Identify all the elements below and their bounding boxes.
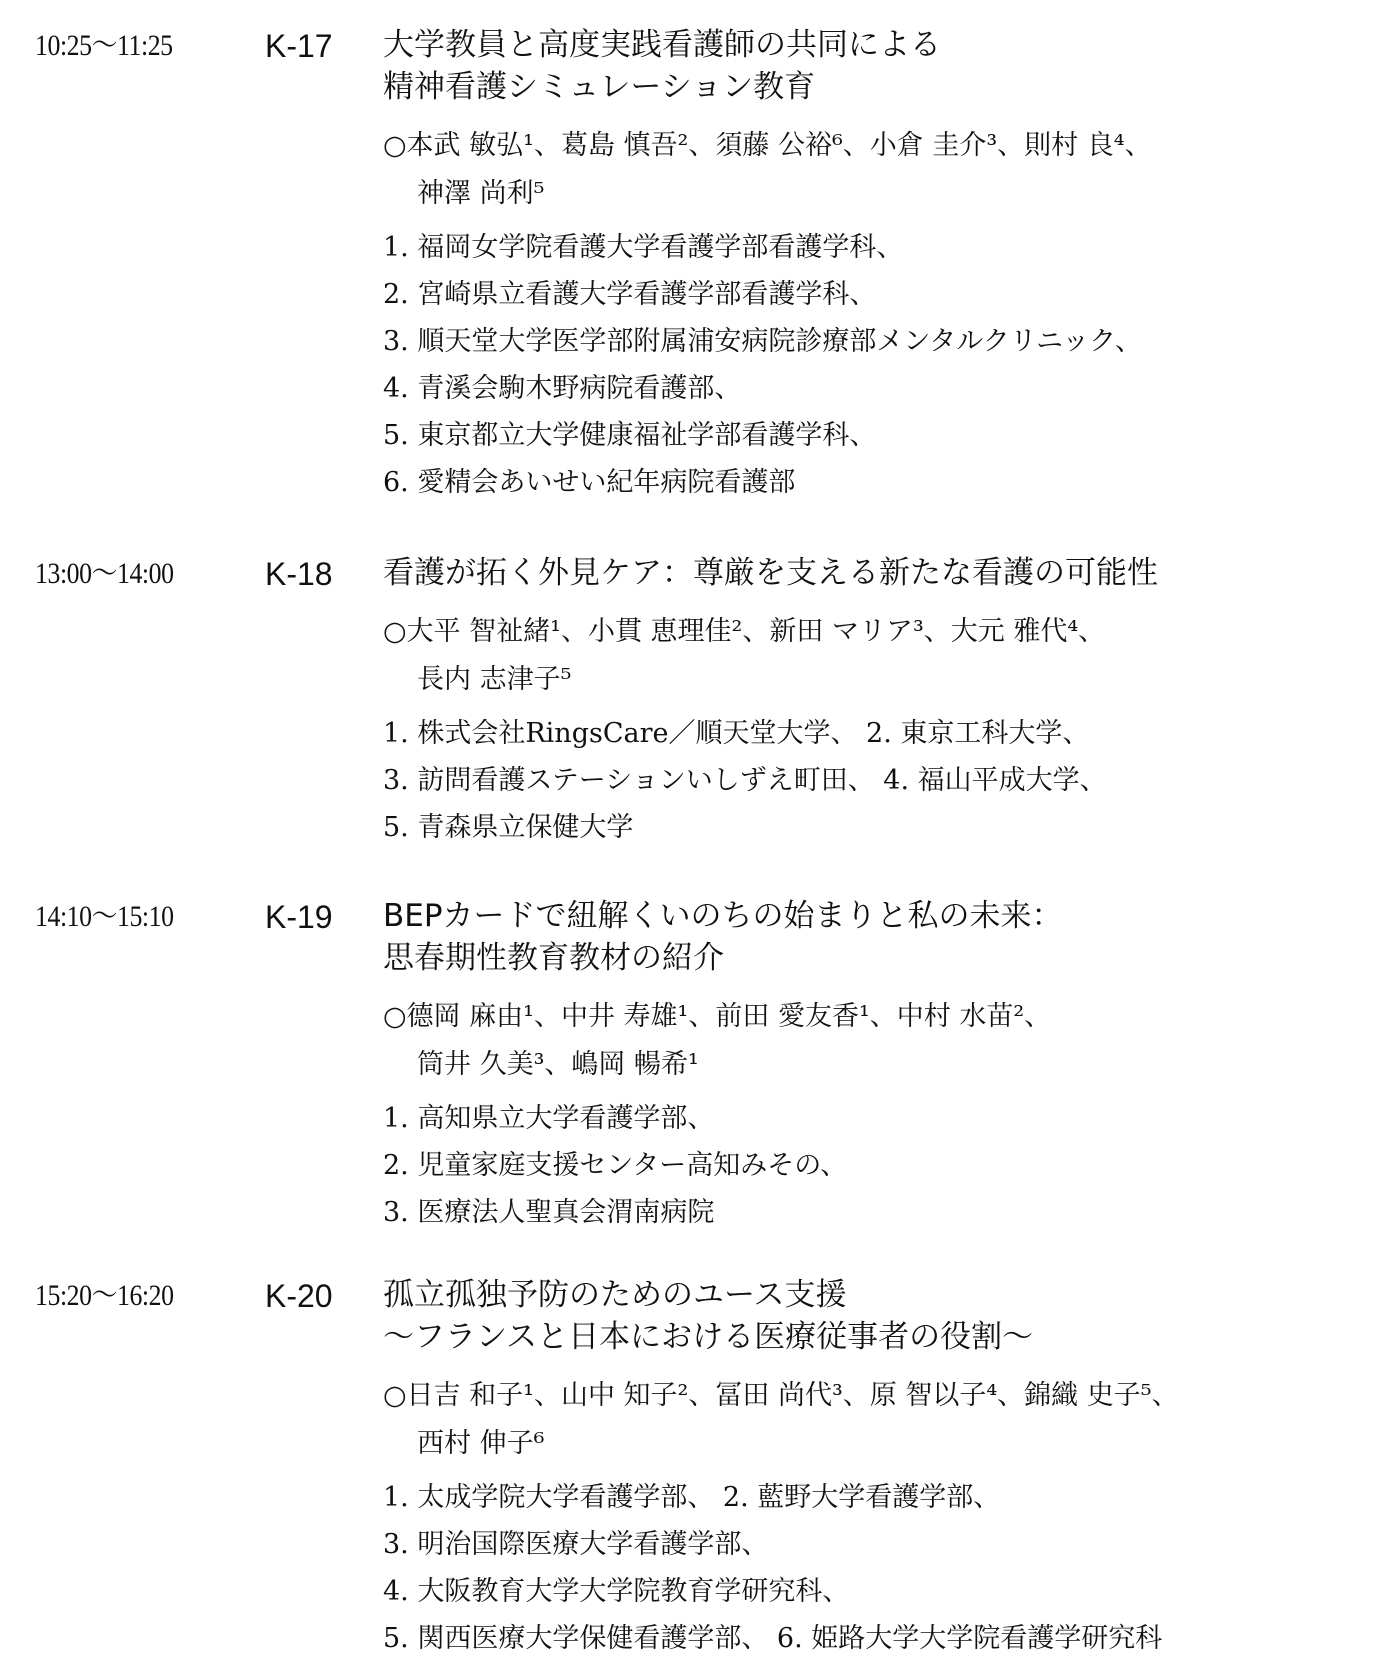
affiliation-item: 1. 福岡女学院看護大学看護学部看護学科、 <box>383 224 1393 271</box>
session-title: 大学教員と高度実践看護師の共同による 精神看護シミュレーション教育 <box>383 24 1393 108</box>
affiliation-item: 2. 児童家庭支援センター高知みその、 <box>383 1142 1393 1189</box>
authors-line: 長内 志津子⁵ <box>383 656 1393 704</box>
title-line: 思春期性教育教材の紹介 <box>383 937 1393 979</box>
session-id: K-18 <box>265 552 333 596</box>
authors-line: ○德岡 麻由¹、中井 寿雄¹、前田 愛友香¹、中村 水苗²、 <box>383 993 1393 1041</box>
affiliation-item: 3. 明治国際医療大学看護学部、 <box>383 1521 1393 1568</box>
session-time: 13:00〜14:00 <box>35 552 174 596</box>
affiliation-item: 6. 愛精会あいせい紀年病院看護部 <box>383 459 1393 506</box>
title-line: 孤立孤独予防のためのユース支援 <box>383 1274 1393 1316</box>
authors-line: ○本武 敏弘¹、葛島 慎吾²、須藤 公裕⁶、小倉 圭介³、則村 良⁴、 <box>383 122 1393 170</box>
affiliation-item: 1. 株式会社RingsCare／順天堂大学、 2. 東京工科大学、 <box>383 710 1393 757</box>
session-time: 15:20〜16:20 <box>35 1274 174 1318</box>
authors: ○德岡 麻由¹、中井 寿雄¹、前田 愛友香¹、中村 水苗²、 筒井 久美³、嶋岡… <box>383 993 1393 1089</box>
affiliation-item: 4. 大阪教育大学大学院教育学研究科、 <box>383 1568 1393 1615</box>
session-title: BEPカードで紐解くいのちの始まりと私の未来： 思春期性教育教材の紹介 <box>383 895 1393 979</box>
session-id: K-19 <box>265 895 333 939</box>
session-title: 孤立孤独予防のためのユース支援 〜フランスと日本における医療従事者の役割〜 <box>383 1274 1393 1358</box>
session-time: 10:25〜11:25 <box>35 24 173 68</box>
session-content: 大学教員と高度実践看護師の共同による 精神看護シミュレーション教育 ○本武 敏弘… <box>383 24 1393 506</box>
affiliation-item: 5. 東京都立大学健康福祉学部看護学科、 <box>383 412 1393 459</box>
title-line: 精神看護シミュレーション教育 <box>383 66 1393 108</box>
affiliations: 1. 株式会社RingsCare／順天堂大学、 2. 東京工科大学、 3. 訪問… <box>383 710 1393 851</box>
affiliation-item: 2. 宮崎県立看護大学看護学部看護学科、 <box>383 271 1393 318</box>
affiliation-item: 5. 青森県立保健大学 <box>383 804 1393 851</box>
affiliation-item: 5. 関西医療大学保健看護学部、 6. 姫路大学大学院看護学研究科 <box>383 1615 1393 1662</box>
authors: ○日吉 和子¹、山中 知子²、冨田 尚代³、原 智以子⁴、錦織 史子⁵、 西村 … <box>383 1372 1393 1468</box>
session-title: 看護が拓く外見ケア：尊厳を支える新たな看護の可能性 <box>383 552 1393 594</box>
affiliations: 1. 太成学院大学看護学部、 2. 藍野大学看護学部、 3. 明治国際医療大学看… <box>383 1474 1393 1662</box>
session-id: K-20 <box>265 1274 333 1318</box>
authors-line: ○日吉 和子¹、山中 知子²、冨田 尚代³、原 智以子⁴、錦織 史子⁵、 <box>383 1372 1393 1420</box>
authors-line: ○大平 智祉緒¹、小貫 恵理佳²、新田 マリア³、大元 雅代⁴、 <box>383 608 1393 656</box>
authors-line: 筒井 久美³、嶋岡 暢希¹ <box>383 1041 1393 1089</box>
title-line: 看護が拓く外見ケア：尊厳を支える新たな看護の可能性 <box>383 552 1393 594</box>
affiliation-item: 1. 高知県立大学看護学部、 <box>383 1095 1393 1142</box>
affiliations: 1. 高知県立大学看護学部、 2. 児童家庭支援センター高知みその、 3. 医療… <box>383 1095 1393 1236</box>
authors-line: 西村 伸子⁶ <box>383 1420 1393 1468</box>
authors: ○本武 敏弘¹、葛島 慎吾²、須藤 公裕⁶、小倉 圭介³、則村 良⁴、 神澤 尚… <box>383 122 1393 218</box>
authors: ○大平 智祉緒¹、小貫 恵理佳²、新田 マリア³、大元 雅代⁴、 長内 志津子⁵ <box>383 608 1393 704</box>
session-content: BEPカードで紐解くいのちの始まりと私の未来： 思春期性教育教材の紹介 ○德岡 … <box>383 895 1393 1236</box>
session-content: 看護が拓く外見ケア：尊厳を支える新たな看護の可能性 ○大平 智祉緒¹、小貫 恵理… <box>383 552 1393 851</box>
title-line: BEPカードで紐解くいのちの始まりと私の未来： <box>383 895 1393 937</box>
affiliation-item: 1. 太成学院大学看護学部、 2. 藍野大学看護学部、 <box>383 1474 1393 1521</box>
affiliation-item: 3. 訪問看護ステーションいしずえ町田、 4. 福山平成大学、 <box>383 757 1393 804</box>
session-id: K-17 <box>265 24 333 68</box>
title-line: 大学教員と高度実践看護師の共同による <box>383 24 1393 66</box>
title-line: 〜フランスと日本における医療従事者の役割〜 <box>383 1316 1393 1358</box>
affiliation-item: 4. 青溪会駒木野病院看護部、 <box>383 365 1393 412</box>
affiliation-item: 3. 順天堂大学医学部附属浦安病院診療部メンタルクリニック、 <box>383 318 1393 365</box>
affiliations: 1. 福岡女学院看護大学看護学部看護学科、 2. 宮崎県立看護大学看護学部看護学… <box>383 224 1393 506</box>
authors-line: 神澤 尚利⁵ <box>383 170 1393 218</box>
session-content: 孤立孤独予防のためのユース支援 〜フランスと日本における医療従事者の役割〜 ○日… <box>383 1274 1393 1662</box>
session-time: 14:10〜15:10 <box>35 895 174 939</box>
affiliation-item: 3. 医療法人聖真会渭南病院 <box>383 1189 1393 1236</box>
